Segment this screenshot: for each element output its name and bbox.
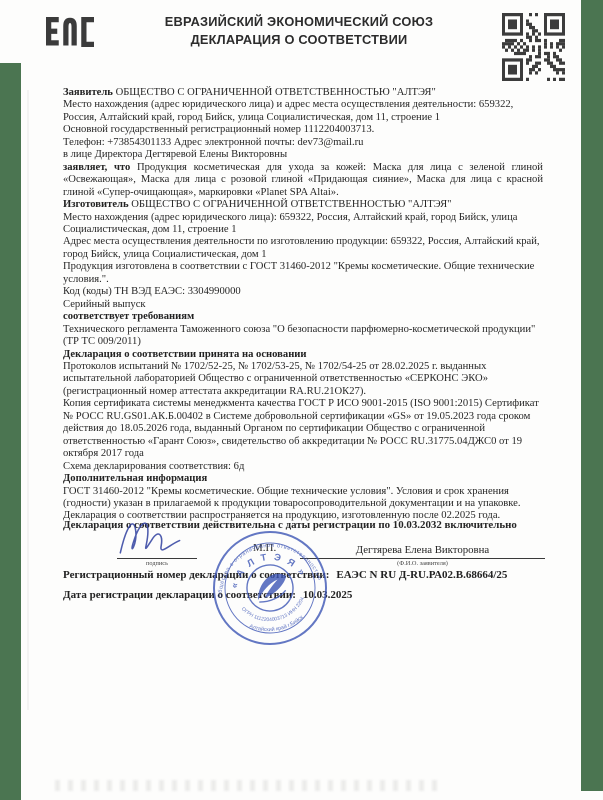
document-title: ЕВРАЗИЙСКИЙ ЭКОНОМИЧЕСКИЙ СОЮЗ ДЕКЛАРАЦИ… <box>90 13 508 49</box>
applicant-name-line <box>300 558 545 559</box>
signature-line-label: подпись <box>117 560 197 567</box>
paragraph-text: Место нахождения (адрес юридического лиц… <box>63 99 513 122</box>
paragraph-text: Продукция изготовлена в соответствии с Г… <box>63 261 534 284</box>
paragraph: Серийный выпуск <box>63 299 543 311</box>
eac-mark-icon <box>43 7 97 57</box>
paragraph-text: Место нахождения (адрес юридического лиц… <box>63 212 517 235</box>
paragraph-label: Заявитель <box>63 87 113 98</box>
paragraph-text: Копия сертификата системы менеджмента ка… <box>63 398 539 459</box>
applicant-name: Дегтярева Елена Викторовна <box>300 544 545 556</box>
paragraph-label: Изготовитель <box>63 199 129 210</box>
paragraph-text: Основной государственный регистрационный… <box>63 124 374 135</box>
page-edge-shadow <box>27 90 29 710</box>
paragraph-text: Серийный выпуск <box>63 299 146 310</box>
paragraph: Дополнительная информация <box>63 473 543 485</box>
paragraph: Схема декларирования соответствия: 6д <box>63 461 543 473</box>
scan-noise <box>55 780 445 791</box>
signature-line <box>117 558 197 559</box>
paragraph-text: Адрес места осуществления деятельности п… <box>63 236 540 259</box>
title-line-2: ДЕКЛАРАЦИЯ О СООТВЕТСТВИИ <box>90 31 508 49</box>
paragraph-text: ОБЩЕСТВО С ОГРАНИЧЕННОЙ ОТВЕТСТВЕННОСТЬЮ… <box>131 199 451 210</box>
paragraph: Копия сертификата системы менеджмента ка… <box>63 398 543 460</box>
paragraph: Изготовитель ОБЩЕСТВО С ОГРАНИЧЕННОЙ ОТВ… <box>63 199 543 211</box>
paragraph-label: заявляет, что <box>63 162 130 173</box>
paragraph: соответствует требованиям <box>63 311 543 323</box>
paragraph: Основной государственный регистрационный… <box>63 124 543 136</box>
paragraph: в лице Директора Дегтяревой Елены Виктор… <box>63 149 543 161</box>
paragraph: Место нахождения (адрес юридического лиц… <box>63 99 543 124</box>
background-strip-right <box>581 0 603 791</box>
paragraph-label: Декларация о соответствии принята на осн… <box>63 349 307 360</box>
background-strip-left <box>0 63 21 800</box>
paragraph-label: соответствует требованиям <box>63 311 194 322</box>
paragraph: Продукция изготовлена в соответствии с Г… <box>63 261 543 286</box>
qr-code-icon <box>502 13 565 81</box>
stamp-leaf-icon <box>254 572 289 600</box>
document-body: Заявитель ОБЩЕСТВО С ОГРАНИЧЕННОЙ ОТВЕТС… <box>63 87 543 523</box>
paragraph: Место нахождения (адрес юридического лиц… <box>63 212 543 237</box>
paragraph-text: в лице Директора Дегтяревой Елены Виктор… <box>63 149 287 160</box>
paragraph: Адрес места осуществления деятельности п… <box>63 236 543 261</box>
signature-icon <box>116 514 188 560</box>
paragraph: Протоколов испытаний № 1702/52-25, № 170… <box>63 361 543 398</box>
paragraph: Декларация о соответствии принята на осн… <box>63 349 543 361</box>
applicant-name-label: (Ф.И.О. заявителя) <box>300 560 545 567</box>
paragraph: Заявитель ОБЩЕСТВО С ОГРАНИЧЕННОЙ ОТВЕТС… <box>63 87 543 99</box>
paragraph-text: Код (коды) ТН ВЭД ЕАЭС: 3304990000 <box>63 286 241 297</box>
paragraph-text: ОБЩЕСТВО С ОГРАНИЧЕННОЙ ОТВЕТСТВЕННОСТЬЮ… <box>116 87 436 98</box>
paragraph-text: Продукция косметическая для ухода за кож… <box>63 162 543 198</box>
company-stamp-icon: Общество с ограниченной ответственностью… <box>200 518 339 657</box>
paragraph-text: Схема декларирования соответствия: 6д <box>63 461 244 472</box>
paragraph: Технического регламента Таможенного союз… <box>63 324 543 349</box>
paragraph: Телефон: +73854301133 Адрес электронной … <box>63 137 543 149</box>
paragraph-text: Технического регламента Таможенного союз… <box>63 324 535 347</box>
registration-number-value: ЕАЭС N RU Д-RU.РА02.В.68664/25 <box>336 569 507 581</box>
paragraph-text: Телефон: +73854301133 Адрес электронной … <box>63 137 363 148</box>
paragraph: Код (коды) ТН ВЭД ЕАЭС: 3304990000 <box>63 286 543 298</box>
paragraph-text: Протоколов испытаний № 1702/52-25, № 170… <box>63 361 488 397</box>
paragraph: заявляет, что Продукция косметическая дл… <box>63 162 543 199</box>
scanned-declaration-document: ЕВРАЗИЙСКИЙ ЭКОНОМИЧЕСКИЙ СОЮЗ ДЕКЛАРАЦИ… <box>0 0 603 800</box>
paragraph-label: Дополнительная информация <box>63 473 207 484</box>
title-line-1: ЕВРАЗИЙСКИЙ ЭКОНОМИЧЕСКИЙ СОЮЗ <box>90 13 508 31</box>
